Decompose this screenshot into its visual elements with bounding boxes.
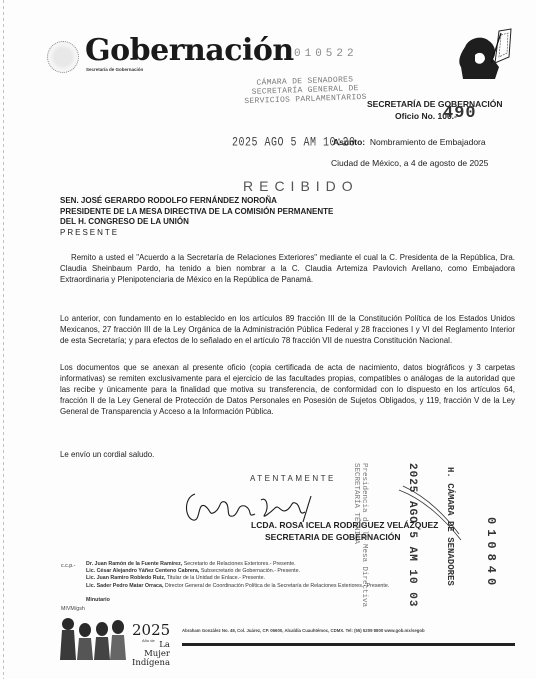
ccp-entry: Lic. César Alejandro Yáñez Centeno Cabre… [86, 568, 389, 575]
closing-line: Le envío un cordial saludo. [60, 450, 154, 459]
document-page: Gobernación Secretaría de Gobernación 01… [0, 0, 536, 679]
ccp-name: Lic. César Alejandro Yáñez Centeno Cabre… [86, 568, 199, 574]
folio-number: 010840 [484, 517, 498, 590]
ccp-label: c.c.p.- [61, 563, 75, 569]
scan-edge [3, 0, 4, 679]
place-date: Ciudad de México, a 4 de agosto de 2025 [331, 158, 488, 168]
presente-label: PRESENTE [60, 228, 119, 237]
ccp-role: Secretario de Relaciones Exteriores.- Pr… [182, 561, 295, 567]
addressee-line: SEN. JOSÉ GERARDO RODOLFO FERNÁNDEZ NORO… [60, 196, 333, 207]
signer-title: SECRETARIA DE GOBERNACIÓN [265, 532, 401, 542]
ccp-role: Titular de la Unidad de Enlace.- Present… [165, 575, 265, 581]
ccp-entry: Lic. Juan Ramiro Robledo Ruiz, Titular d… [86, 575, 389, 582]
addressee-block: SEN. JOSÉ GERARDO RODOLFO FERNÁNDEZ NORO… [60, 196, 333, 228]
stamp-number: 010522 [294, 48, 358, 60]
footer-rule [182, 643, 515, 646]
footer-year-title: La Mujer Indígena [132, 641, 170, 668]
ccp-list: Dr. Juan Ramón de la Fuente Ramírez, Sec… [86, 561, 389, 590]
addressee-line: DEL H. CONGRESO DE LA UNIÓN [60, 217, 333, 228]
addressee-line: PRESIDENTE DE LA MESA DIRECTIVA DE LA CO… [60, 207, 333, 218]
ccp-name: Dr. Juan Ramón de la Fuente Ramírez, [86, 561, 182, 567]
logo-text: Gobernación [85, 33, 294, 68]
subject-value: Nombramiento de Embajadora [370, 137, 486, 147]
indigenous-women-illustration-icon [58, 616, 128, 660]
footer-year: 2025 [132, 621, 170, 639]
body-paragraph: Lo anterior, con fundamento en lo establ… [60, 313, 515, 346]
historic-flag-icon [455, 27, 515, 83]
ccp-entry: Lic. Sader Pedro Matar Orraca, Director … [86, 583, 389, 590]
senate-chamber-stamp: H. CÁMARA DE SENADORES [445, 467, 455, 586]
footer-address: Abraham González No. 48, Col. Juárez, CP… [182, 628, 425, 633]
year-title-line: Indígena [132, 659, 170, 668]
typist-initials: MIVM/gsh [61, 606, 85, 612]
logo-subtitle: Secretaría de Gobernación [86, 67, 143, 72]
minutario-label: Minutario [86, 597, 110, 603]
body-paragraph: Remito a usted el "Acuerdo a la Secretar… [60, 252, 515, 285]
ccp-role: Subsecretario de Gobernación.- Presente. [199, 568, 300, 574]
received-stamp: RECIBIDO [243, 178, 359, 194]
subject-label: Asunto: [333, 137, 365, 147]
senate-received-stamp: CÁMARA DE SENADORES SECRETARÍA GENERAL D… [244, 75, 367, 106]
ccp-name: Lic. Juan Ramiro Robledo Ruiz, [86, 575, 165, 581]
department-name: SECRETARÍA DE GOBERNACIÓN [367, 99, 503, 109]
body-paragraph: Los documentos que se anexan al presente… [60, 362, 515, 417]
oficio-number: 490 [443, 104, 477, 123]
ccp-entry: Dr. Juan Ramón de la Fuente Ramírez, Sec… [86, 561, 389, 568]
year-title-line: La Mujer [132, 641, 170, 659]
atentamente-label: ATENTAMENTE [250, 474, 336, 483]
subject-line: Asunto: Nombramiento de Embajadora [333, 137, 486, 147]
ccp-role: Director General de Coordinación Polític… [163, 583, 389, 589]
national-seal-icon [47, 41, 79, 73]
ccp-name: Lic. Sader Pedro Matar Orraca, [86, 583, 163, 589]
